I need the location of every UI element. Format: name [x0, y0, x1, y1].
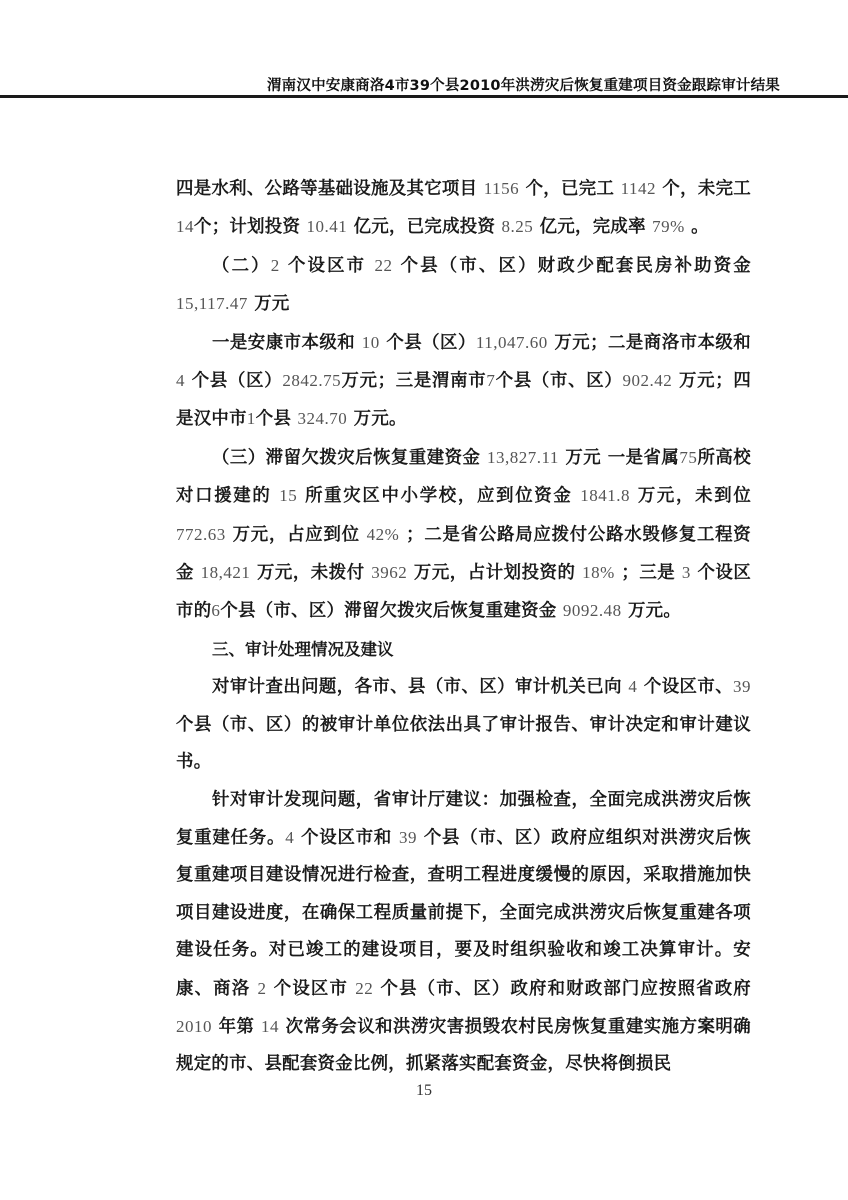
paragraph-section-2: （二）2 个设区市 22 个县（市、区）财政少配套民房补助资金 15,117.4…: [176, 247, 751, 324]
running-header: 渭南汉中安康商洛4市39个县2010年洪涝灾后恢复重建项目资金跟踪审计结果: [0, 72, 848, 96]
header-rule: [0, 95, 848, 98]
page-number: 15: [0, 1082, 848, 1100]
body-content: 四是水利、公路等基础设施及其它项目 1156 个，已完工 1142 个，未完工1…: [176, 170, 751, 1084]
paragraph-section-2-detail: 一是安康市本级和 10 个县（区）11,047.60 万元；二是商洛市本级和 4…: [176, 324, 751, 439]
paragraph-section-3: （三）滞留欠拨灾后恢复重建资金 13,827.11 万元 一是省属75所高校对口…: [176, 439, 751, 631]
document-title: 渭南汉中安康商洛4市39个县2010年洪涝灾后恢复重建项目资金跟踪审计结果: [267, 74, 780, 95]
paragraph-audit-actions: 对审计查出问题，各市、县（市、区）审计机关已向 4 个设区市、39 个县（市、区…: [176, 668, 751, 781]
paragraph-recommendations: 针对审计发现问题，省审计厅建议：加强检查，全面完成洪涝灾后恢复重建任务。4 个设…: [176, 782, 751, 1084]
paragraph-infrastructure: 四是水利、公路等基础设施及其它项目 1156 个，已完工 1142 个，未完工1…: [176, 170, 751, 247]
section-heading: 三、审计处理情况及建议: [176, 631, 751, 668]
